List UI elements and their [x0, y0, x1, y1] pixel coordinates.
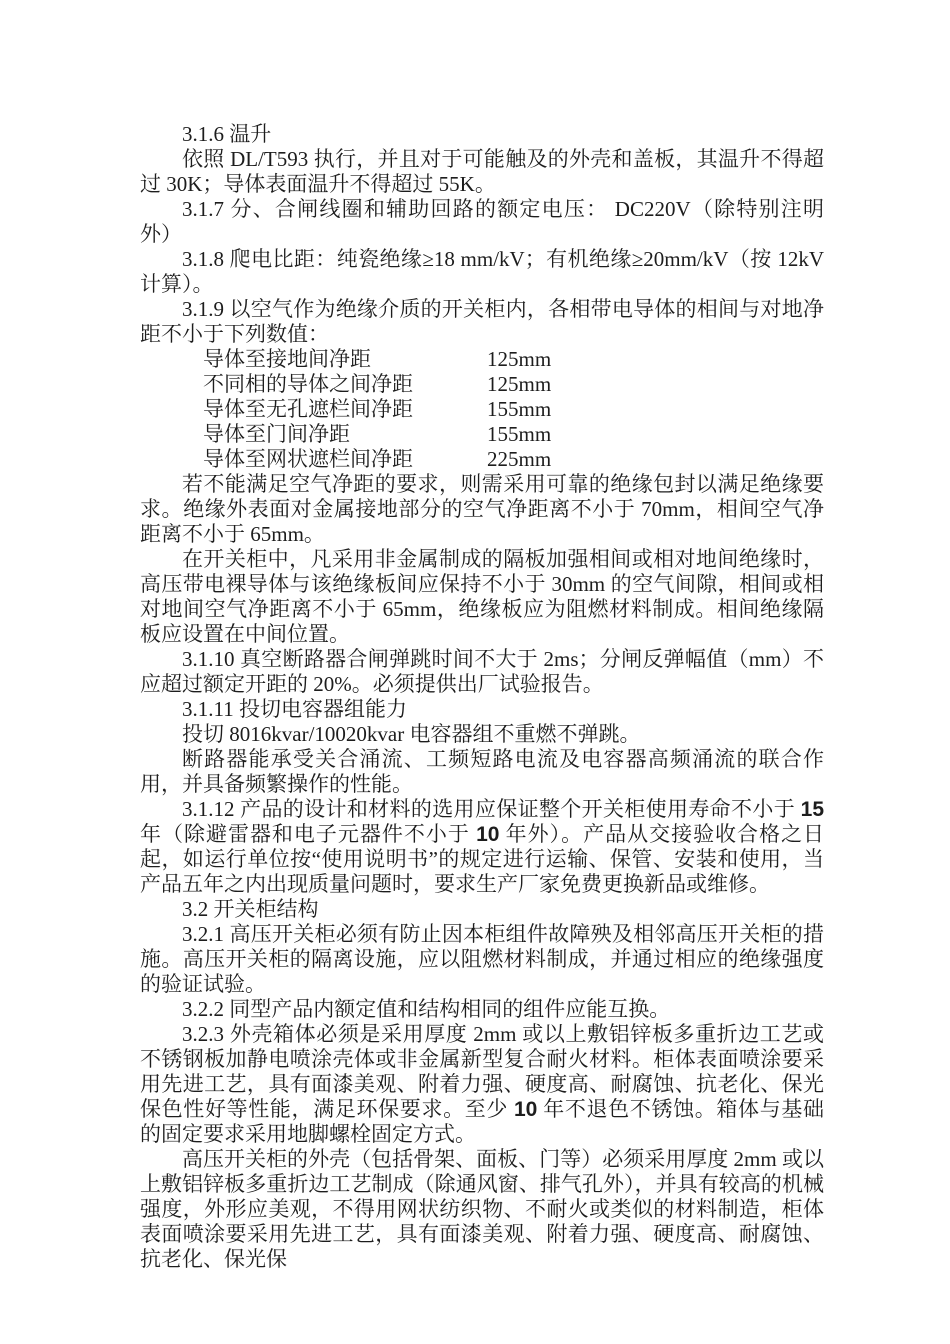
spec-value: 225mm	[487, 447, 551, 472]
spec-label: 导体至接地间净距	[140, 347, 371, 371]
paragraph: 3.1.9 以空气作为绝缘介质的开关柜内，各相带电导体的相间与对地净距不小于下列…	[140, 297, 824, 347]
spec-row: 导体至接地间净距125mm	[140, 347, 824, 372]
document-page: 3.1.6 温升依照 DL/T593 执行，并且对于可能触及的外壳和盖板，其温升…	[140, 122, 824, 1272]
paragraph: 3.1.10 真空断路器合闸弹跳时间不大于 2ms；分闸反弹幅值（mm）不应超过…	[140, 647, 824, 697]
paragraph: 在开关柜中，凡采用非金属制成的隔板加强相间或相对地间绝缘时，高压带电裸导体与该绝…	[140, 547, 824, 647]
paragraph: 3.1.6 温升	[140, 122, 824, 147]
paragraph: 3.1.11 投切电容器组能力	[140, 697, 824, 722]
paragraph: 高压开关柜的外壳（包括骨架、面板、门等）必须采用厚度 2mm 或以上敷铝锌板多重…	[140, 1147, 824, 1272]
spec-label: 导体至无孔遮栏间净距	[140, 397, 413, 421]
spec-label: 导体至门间净距	[140, 422, 350, 446]
spec-value: 125mm	[487, 347, 551, 372]
text-run: 3.1.12 产品的设计和材料的选用应保证整个开关柜使用寿命不小于	[182, 797, 801, 821]
spec-label: 不同相的导体之间净距	[140, 372, 413, 396]
spec-label: 导体至网状遮栏间净距	[140, 447, 413, 471]
highlight-number: 10	[476, 823, 499, 846]
paragraph: 3.1.7 分、合闸线圈和辅助回路的额定电压： DC220V（除特别注明外）	[140, 197, 824, 247]
highlight-number: 10	[514, 1098, 537, 1121]
spec-row: 不同相的导体之间净距125mm	[140, 372, 824, 397]
paragraph: 3.1.12 产品的设计和材料的选用应保证整个开关柜使用寿命不小于 15 年（除…	[140, 797, 824, 897]
spec-value: 125mm	[487, 372, 551, 397]
paragraph: 3.2.3 外壳箱体必须是采用厚度 2mm 或以上敷铝锌板多重折边工艺或不锈钢板…	[140, 1022, 824, 1147]
spec-value: 155mm	[487, 422, 551, 447]
paragraph: 若不能满足空气净距的要求，则需采用可靠的绝缘包封以满足绝缘要求。绝缘外表面对金属…	[140, 472, 824, 547]
paragraph: 3.1.8 爬电比距：纯瓷绝缘≥18 mm/kV；有机绝缘≥20mm/kV（按 …	[140, 247, 824, 297]
highlight-number: 15	[801, 798, 824, 821]
spec-value: 155mm	[487, 397, 551, 422]
paragraph: 3.2.2 同型产品内额定值和结构相同的组件应能互换。	[140, 997, 824, 1022]
paragraph: 断路器能承受关合涌流、工频短路电流及电容器高频涌流的联合作用，并具备频繁操作的性…	[140, 747, 824, 797]
spec-row: 导体至门间净距155mm	[140, 422, 824, 447]
paragraph: 3.2 开关柜结构	[140, 897, 824, 922]
text-run: 年（除避雷器和电子元器件不小于	[140, 822, 476, 846]
paragraph: 投切 8016kvar/10020kvar 电容器组不重燃不弹跳。	[140, 722, 824, 747]
paragraph: 3.2.1 高压开关柜必须有防止因本柜组件故障殃及相邻高压开关柜的措施。高压开关…	[140, 922, 824, 997]
spec-row: 导体至无孔遮栏间净距155mm	[140, 397, 824, 422]
paragraph: 依照 DL/T593 执行，并且对于可能触及的外壳和盖板，其温升不得超过 30K…	[140, 147, 824, 197]
spec-row: 导体至网状遮栏间净距225mm	[140, 447, 824, 472]
